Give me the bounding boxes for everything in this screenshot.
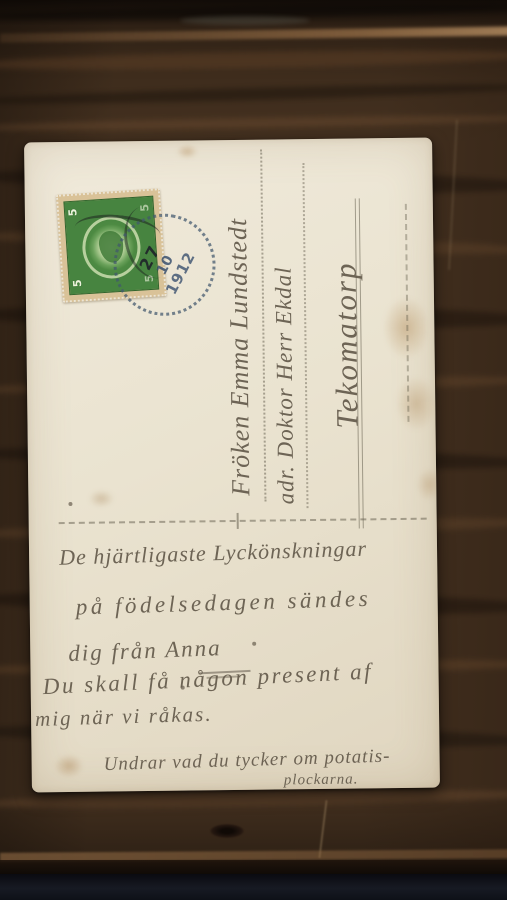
address-town: Tekomatorp [323,198,370,429]
message-line-7: plockarna. [284,771,359,789]
photo-background: 5 5 5 5 27 10 1912 Fröken Emma Lundstedt… [0,0,507,900]
stain [88,489,114,507]
ink-speck [68,502,72,506]
stain [416,467,440,501]
message-line-5: mig när vi råkas. [35,702,213,732]
wood-grain-streak [0,47,507,73]
plank-seam-highlight [0,26,507,42]
message-line-3: dig från Anna [68,635,222,667]
stamp-denomination: 5 [66,208,79,216]
ink-speck [252,642,256,646]
message-line-2: på födelsedagen sändes [75,586,371,621]
wood-grain-streak [0,113,507,133]
wood-smudge [180,16,310,25]
stain [176,144,198,158]
table-edge-gap [0,874,507,900]
address-care-of: adr. Doktor Herr Ekdal [262,164,306,504]
stamp-denomination: 5 [71,279,84,287]
divider-tick [237,513,239,529]
stain [395,375,438,432]
address-recipient: Fröken Emma Lundstedt [217,144,261,496]
stain [54,754,84,778]
wood-scratch [318,800,327,858]
address-divider-line [59,518,427,524]
wood-grain-streak [0,81,507,108]
wood-knot [210,824,244,838]
postcard: 5 5 5 5 27 10 1912 Fröken Emma Lundstedt… [24,138,440,793]
message-line-1: De hjärtligaste Lyckönskningar [59,536,368,571]
